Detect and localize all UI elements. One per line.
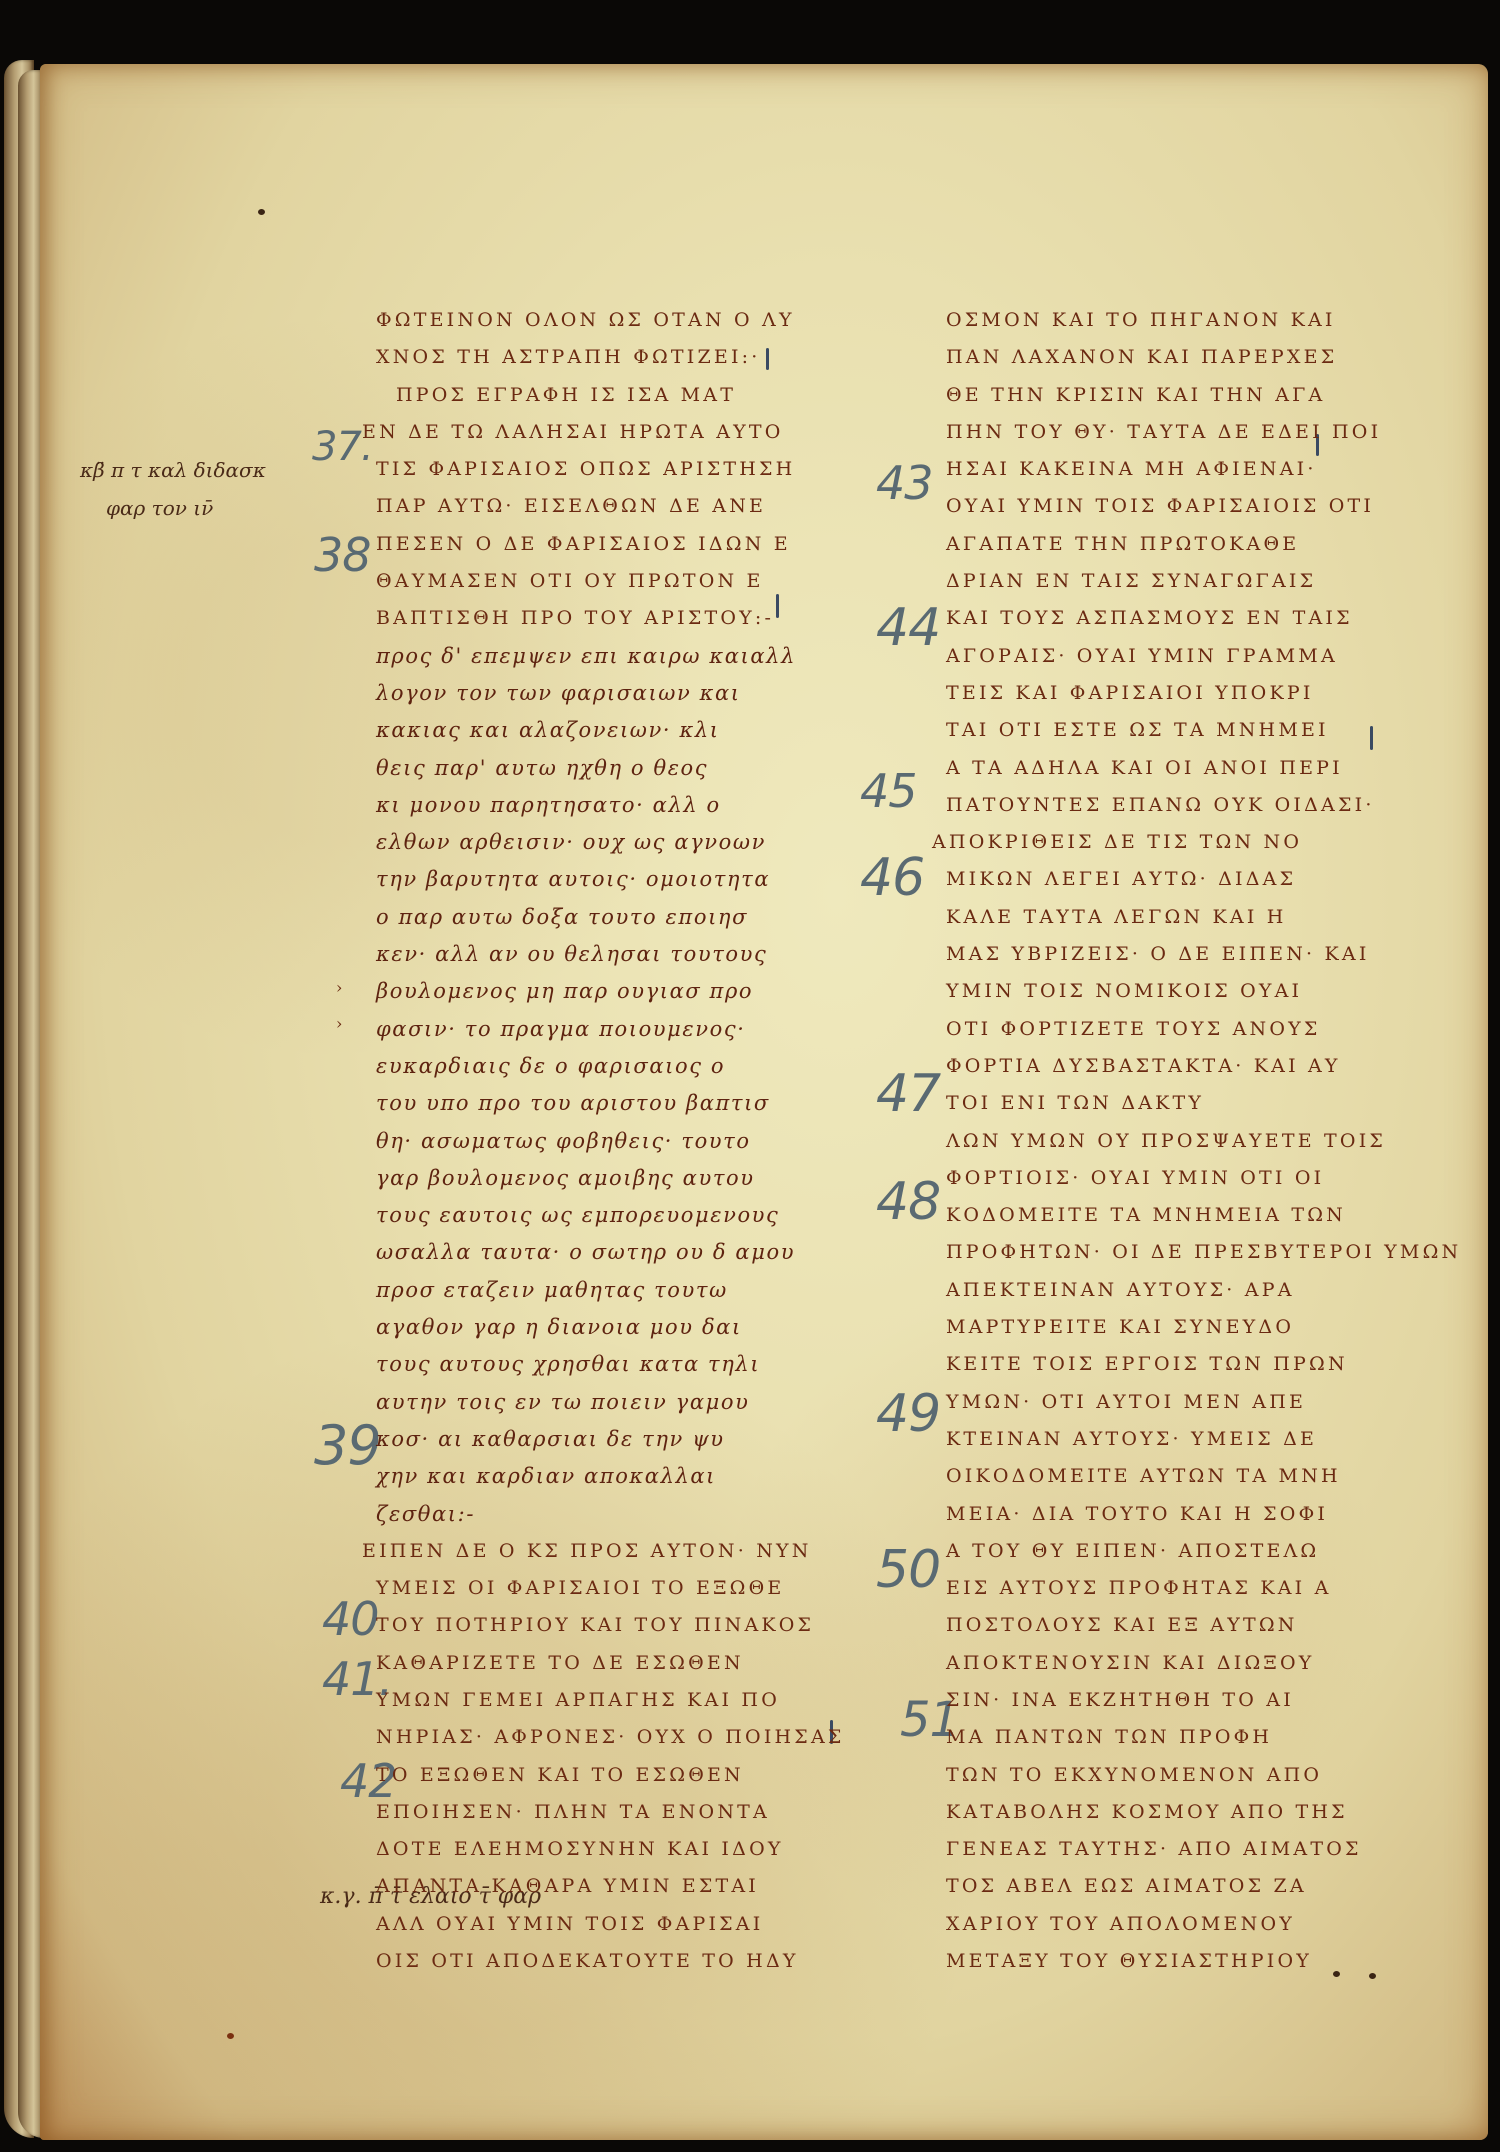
scholion-line: χην και καρδιαν αποκαλλαι xyxy=(376,1458,876,1495)
verse-number-43: 43 xyxy=(876,456,933,510)
text-line: δριαν εν ταις συναγωγαις xyxy=(946,563,1426,600)
text-line: οις οτι αποδεκατουτε το ηδυ xyxy=(376,1943,876,1980)
text-line: υμων γεμει αρπαγης και πο xyxy=(376,1682,876,1719)
text-line: κτειναν αυτους· υμεις δε xyxy=(946,1421,1426,1458)
text-line: παρ αυτω· εισελθων δε ανε xyxy=(376,488,876,525)
scholion-line: ο παρ αυτω δοξα τουτο εποιησ xyxy=(376,899,876,936)
verse-number-50: 50 xyxy=(876,1540,940,1600)
text-line: μας υβριζεις· ο δε ειπεν· και xyxy=(946,936,1426,973)
text-line: πεσεν ο δε φαρισαιος ιδων ε xyxy=(376,526,876,563)
marginal-note-line1: κβ̈ π τ καλ διδασκ xyxy=(80,458,266,482)
scholion-marker: › xyxy=(336,978,342,997)
text-line: α τα αδηλα και οι ανοι περι xyxy=(946,750,1426,787)
scholion-marker: › xyxy=(336,1014,342,1033)
scholion-line: τους αυτους χρησθαι κατα τηλι xyxy=(376,1346,876,1383)
text-line: ποστολους και εξ αυτων xyxy=(946,1607,1426,1644)
scholion-line: γαρ βουλομενος αμοιβης αυτου xyxy=(376,1160,876,1197)
verse-number-47: 47 xyxy=(876,1064,940,1124)
text-line: υμιν τοις νομικοις ουαι xyxy=(946,973,1426,1010)
scholion-line: την βαρυτητα αυτοις· ομοιοτητα xyxy=(376,861,876,898)
text-line: κειτε τοις εργοις των πρων xyxy=(946,1346,1426,1383)
text-line: εις αυτους προφητας και α xyxy=(946,1570,1426,1607)
scholion-line: θεις παρ' αυτω ηχθη ο θεος xyxy=(376,750,876,787)
text-line: Αποκριθεις δε τις των νο xyxy=(932,824,1426,861)
text-line: απεκτειναν αυτους· αρα xyxy=(946,1272,1426,1309)
text-line: εποιησεν· πλην τα ενοντα xyxy=(376,1794,876,1831)
verse-number-38: 38 xyxy=(314,528,371,582)
text-line: τεις και φαρισαιοι υποκρι xyxy=(946,675,1426,712)
text-line: οικοδομειτε αυτων τα μνη xyxy=(946,1458,1426,1495)
text-line: μικων λεγει αυτω· διδασ xyxy=(946,861,1426,898)
left-text-column: φωτεινον ολον ως οταν ο λυ χνος τη αστρα… xyxy=(376,302,876,1980)
text-line: των το εκχυνομενον απο xyxy=(946,1757,1426,1794)
text-line: χνος τη αστραπη φωτιζει:· xyxy=(376,339,876,376)
ink-spot xyxy=(227,2033,234,2039)
scholion-line: κι μονου παρητησατο· αλλ ο xyxy=(376,787,876,824)
scholion-line: προσ εταζειν μαθητας τουτω xyxy=(376,1272,876,1309)
text-line: θαυμασεν οτι ου πρωτον ε xyxy=(376,563,876,600)
scholion-line: φασιν· το πραγμα ποιουμενος· xyxy=(376,1011,876,1048)
scholion-line: του υπο προ του αριστου βαπτισ xyxy=(376,1085,876,1122)
scholion-line: τους εαυτοις ως εμπορευομενους xyxy=(376,1197,876,1234)
text-line: παν λαχανον και παρερχεσ xyxy=(946,339,1426,376)
scholion-line: ευκαρδιαις δε ο φαρισαιος ο xyxy=(376,1048,876,1085)
text-line: τος αβελ εως αιματος ζα xyxy=(946,1868,1426,1905)
text-line: προφητων· οι δε πρεσβυτεροι υμων xyxy=(946,1234,1426,1271)
text-line: οτι φορτιζετε τους ανους xyxy=(946,1011,1426,1048)
text-line: καλε ταυτα λεγων και η xyxy=(946,899,1426,936)
text-line: θε την κρισιν και την αγα xyxy=(946,377,1426,414)
ink-spot xyxy=(258,209,265,215)
text-line: ται οτι εστε ως τα μνημει xyxy=(946,712,1426,749)
right-text-column: οσμον και το πηγανον και παν λαχανον και… xyxy=(946,302,1426,1980)
text-line: υμεις οι φαρισαιοι το εξωθε xyxy=(376,1570,876,1607)
text-line: φορτια δυσβαστακτα· και αυ xyxy=(946,1048,1426,1085)
scholion-line: αυτην τοις εν τω ποιειν γαμου xyxy=(376,1384,876,1421)
text-line: αγοραις· ουαι υμιν γραμμα xyxy=(946,638,1426,675)
text-line: φωτεινον ολον ως οταν ο λυ xyxy=(376,302,876,339)
text-line: μα παντων των προφη xyxy=(946,1719,1426,1756)
text-line: πατουντες επανω ουκ οιδασι· xyxy=(946,787,1426,824)
text-line: καθαριζετε το δε εσωθεν xyxy=(376,1645,876,1682)
text-line: προς εγραφη ις ισα ματ xyxy=(376,377,876,414)
text-line: χαριου του απολομενου xyxy=(946,1906,1426,1943)
scholion-line: ελθων αρθεισιν· ουχ ως αγνοων xyxy=(376,824,876,861)
text-line: και τους ασπασμους εν ταις xyxy=(946,600,1426,637)
text-line: μαρτυρειτε και συνευδο xyxy=(946,1309,1426,1346)
text-line: βαπτισθη προ του αριστου:- xyxy=(376,600,876,637)
text-line: δοτε ελεημοσυνην και ιδου xyxy=(376,1831,876,1868)
scholion-line: ωσαλλα ταυτα· ο σωτηρ ου δ αμου xyxy=(376,1234,876,1271)
text-line: οσμον και το πηγανον και xyxy=(946,302,1426,339)
text-line: πην του θυ· ταυτα δε εδει ποι xyxy=(946,414,1426,451)
verse-number-48: 48 xyxy=(876,1172,940,1232)
scholion-line: βουλομενος μη παρ ουγιασ προ xyxy=(376,973,876,1010)
scholion-line: θη· ασωματως φοβηθεις· τουτο xyxy=(376,1123,876,1160)
text-line: απαντα καθαρα υμιν εσται xyxy=(376,1868,876,1905)
text-line: κοδομειτε τα μνημεια των xyxy=(946,1197,1426,1234)
scholion-line: κοσ· αι καθαρσιαι δε την ψυ xyxy=(376,1421,876,1458)
text-line: Ειπεν δε ο κσ προς αυτον· νυν xyxy=(362,1533,876,1570)
text-line: υμων· οτι αυτοι μεν απε xyxy=(946,1384,1426,1421)
text-line: α του θυ ειπεν· αποστελω xyxy=(946,1533,1426,1570)
text-line: νηριας· αφρονες· ουχ ο ποιησας xyxy=(376,1719,876,1756)
text-line: τοι ενι των δακτυ xyxy=(946,1085,1426,1122)
scholion-line: αγαθον γαρ η διανοια μου δαι xyxy=(376,1309,876,1346)
verse-number-49: 49 xyxy=(876,1384,940,1444)
verse-number-40: 40 xyxy=(322,1592,379,1646)
scholion-line: ζεσθαι:- xyxy=(376,1496,876,1533)
text-line: αγαπατε την πρωτοκαθε xyxy=(946,526,1426,563)
text-line: ησαι κακεινα μη αφιεναι· xyxy=(946,451,1426,488)
text-line: του ποτηριου και του πινακοσ xyxy=(376,1607,876,1644)
text-line: μεταξυ του θυσιαστηριου xyxy=(946,1943,1426,1980)
text-line: ουαι υμιν τοις φαρισαιοις οτι xyxy=(946,488,1426,525)
text-line: φορτιοις· ουαι υμιν οτι οι xyxy=(946,1160,1426,1197)
text-line: μεια· δια τουτο και η σοφι xyxy=(946,1496,1426,1533)
verse-number-39: 39 xyxy=(314,1414,381,1477)
text-line: γενεας ταυτης· απο αιματος xyxy=(946,1831,1426,1868)
text-line: τις φαρισαιος οπως αριστηση xyxy=(376,451,876,488)
scholion-line: λογον τον των φαρισαιων και xyxy=(376,675,876,712)
text-line: Εν δε τω λαλησαι ηρωτα αυτο xyxy=(362,414,876,451)
marginal-note-line2: φαρ τον ιν̄ xyxy=(106,496,213,520)
verse-number-44: 44 xyxy=(876,598,940,658)
text-line: λων υμων ου προσψαυετε τοις xyxy=(946,1123,1426,1160)
text-line: καταβολης κοσμου απο της xyxy=(946,1794,1426,1831)
text-line: αποκτενουσιν και διωξου xyxy=(946,1645,1426,1682)
scholion-line: κακιας και αλαζονειων· κλι xyxy=(376,712,876,749)
scholion-line: κεν· αλλ αν ου θελησαι τουτους xyxy=(376,936,876,973)
text-line: αλλ ουαι υμιν τοις φαρισαι xyxy=(376,1906,876,1943)
text-line: σιν· ινα εκζητηθη το αι xyxy=(946,1682,1426,1719)
scholion-line: πρoς δ' επεμψεν επι καιρω καιαλλ xyxy=(376,638,876,675)
text-line: το εξωθεν και το εσωθεν xyxy=(376,1757,876,1794)
